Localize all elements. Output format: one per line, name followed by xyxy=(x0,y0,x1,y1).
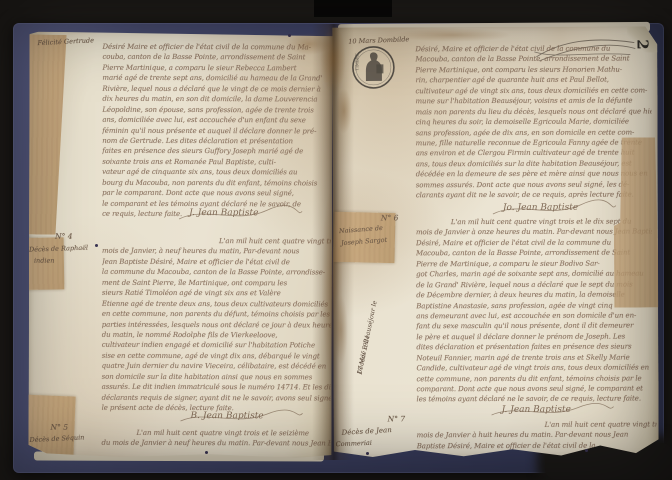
revenue-stamp-icon: TIMBRE xyxy=(350,44,396,90)
margin-note: Décès de Jean xyxy=(341,426,391,437)
act-text-block: L'an mil huit cent quatre vingt trois et… xyxy=(101,428,330,452)
register-left-page: Félicité Gertrude Désiré Maire et offici… xyxy=(28,32,332,459)
act-text-block: L'an mil huit cent quatre vingt trois et… xyxy=(102,236,331,416)
signature: J. Jean Baptiste xyxy=(189,208,258,218)
register-right-page: 2 10 Mars Dombilde TIMBRE Désiré, Maire … xyxy=(332,26,658,457)
margin-note: Commeriai xyxy=(336,439,372,448)
register-photo: Félicité Gertrude Désiré Maire et offici… xyxy=(0,0,672,480)
ink-speck xyxy=(288,34,291,37)
margin-note: Décès de Séquin xyxy=(29,433,84,444)
margin-note: Félicité Gertrude xyxy=(37,36,94,47)
tape-left-strip xyxy=(25,34,67,234)
act-number: N° 7 xyxy=(388,414,406,423)
act-number: N° 4 xyxy=(55,232,72,241)
act-number: N° 6 xyxy=(381,213,399,222)
folio-number: 2 xyxy=(634,39,652,50)
margin-note: indien xyxy=(34,257,55,265)
margin-note: 10 Mars Dombilde xyxy=(348,35,409,45)
background-slot xyxy=(314,0,392,17)
ink-speck xyxy=(585,449,588,452)
ink-speck xyxy=(366,452,369,455)
marginal-mention: Décédé à Beauséjour le 17 Mai 1921 xyxy=(355,258,379,374)
signature: Jo. Jean Baptiste xyxy=(503,203,578,213)
act-text-block: L'an mil huit cent quatre vingt trois et… xyxy=(417,419,657,453)
stamp-label: TIMBRE xyxy=(354,53,359,70)
signature: B. Jean Baptiste xyxy=(191,411,264,421)
act-number: N° 5 xyxy=(51,423,68,432)
act-text-block: Désiré Maire et officier de l'état civil… xyxy=(102,42,331,222)
ink-speck xyxy=(205,451,208,454)
act-text-block: Désiré, Maire et officier de l'état civi… xyxy=(415,43,652,202)
signature: J. Jean Baptiste xyxy=(502,405,571,415)
margin-note: Décès de Raphaël xyxy=(29,244,88,254)
ink-speck xyxy=(95,244,98,247)
